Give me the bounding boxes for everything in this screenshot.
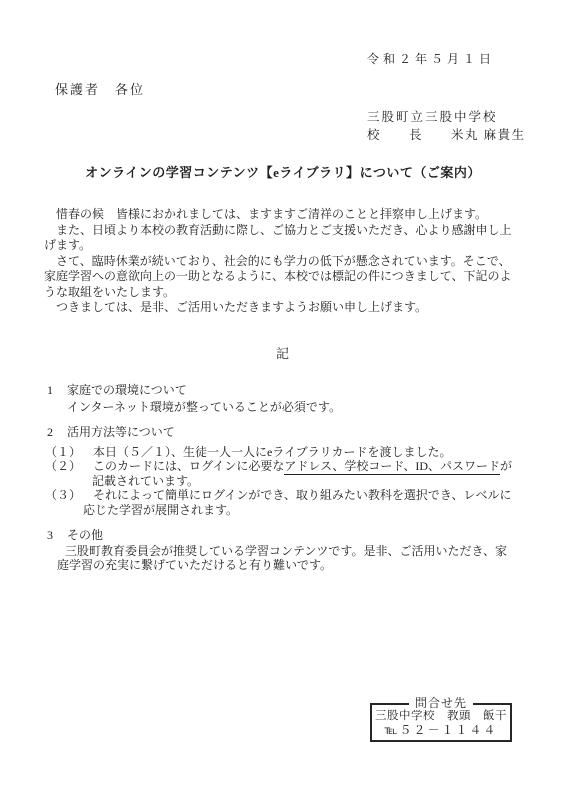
list-item-3-number: （３） — [45, 488, 93, 502]
greeting-paragraphs: 惜春の候 皆様におかれましては、ますますご清祥のことと拝察申し上げます。 また、… — [44, 207, 512, 316]
section-2-number: 2 — [47, 425, 67, 439]
section-3-body-line-1: 三股町教育委員会が推奨している学習コンテンツです。是非、ご活用いただき、家 — [65, 544, 507, 558]
sender-principal: 校 長 米丸 麻貴生 — [367, 125, 526, 143]
contact-box-label: 問合せ先 — [409, 696, 473, 710]
list-item-2-text-pre: このカードには、ログインに必要な — [93, 459, 284, 473]
list-item-3: （３）それによって簡単にログインができ、取り組みたい教科を選択でき、レベルに — [45, 488, 511, 502]
list-item-1: （１）本日（５／１）、生徒一人一人にeライブラリカードを渡しました。 — [45, 445, 452, 459]
greeting-line-2: また、日頃より本校の教育活動に際し、ご協力とご支援いただき、心より感謝申し上 — [44, 223, 512, 239]
section-3-heading-text: その他 — [67, 528, 103, 542]
section-2-heading-text: 活用方法等について — [67, 425, 175, 439]
list-item-1-text: 本日（５／１）、生徒一人一人にeライブラリカードを渡しました。 — [93, 445, 452, 459]
greeting-line-1: 惜春の候 皆様におかれましては、ますますご清祥のことと拝察申し上げます。 — [44, 207, 512, 223]
list-item-2: （２）このカードには、ログインに必要なアドレス、学校コード、ID、パスワードが — [45, 459, 512, 473]
document-title: オンラインの学習コンテンツ【eライブラリ】について（ご案内） — [0, 162, 566, 181]
section-1-heading-text: 家庭での環境について — [67, 383, 187, 397]
list-item-3-text: それによって簡単にログインができ、取り組みたい教科を選択でき、レベルに — [93, 488, 511, 502]
greeting-line-7: つきましては、是非、ご活用いただきますようお願い申し上げます。 — [44, 300, 512, 316]
list-item-2-wrap-line: 記載されています。 — [92, 474, 199, 488]
section-2-heading: 2活用方法等について — [47, 425, 175, 439]
sender-school: 三股町立三股中学校 — [367, 107, 498, 125]
contact-office-line: 三股中学校 教頭 飯干 — [372, 710, 510, 723]
list-item-2-number: （２） — [45, 459, 93, 473]
list-item-1-number: （１） — [45, 445, 93, 459]
list-item-2-credentials-underlined: アドレス、学校コード、ID、パスワード — [284, 459, 500, 475]
greeting-line-3: げます。 — [44, 238, 512, 254]
section-1-body: インターネット環境が整っていることが必須です。 — [67, 400, 341, 414]
greeting-line-5: 家庭学習への意欲向上の一助となるように、本校では標記の件につきまして、下記のよ — [44, 269, 512, 285]
contact-box: 問合せ先 三股中学校 教頭 飯干 ℡５２－１１４４ — [370, 703, 512, 742]
addressee: 保護者 各位 — [55, 79, 145, 98]
greeting-line-6: うな取組をいたします。 — [44, 285, 512, 301]
section-3-number: 3 — [47, 528, 67, 542]
section-3-body-line-2: 庭学習の充実に繋げていただけると有り難いです。 — [57, 558, 332, 572]
scanned-letter-page: 令和２年５月１日 保護者 各位 三股町立三股中学校 校 長 米丸 麻貴生 オンラ… — [0, 0, 566, 800]
section-3-heading: 3その他 — [47, 528, 103, 542]
section-1-heading: 1家庭での環境について — [47, 383, 187, 397]
record-marker: 記 — [0, 343, 566, 362]
section-1-number: 1 — [47, 383, 67, 397]
greeting-line-4: さて、臨時休業が続いており、社会的にも学力の低下が懸念されています。そこで、 — [44, 254, 512, 270]
list-item-3-wrap-line: 応じた学習が展開されます。 — [83, 503, 238, 517]
date-line: 令和２年５月１日 — [367, 50, 495, 67]
contact-phone-number: ℡５２－１１４４ — [372, 723, 510, 737]
list-item-2-text-post: が — [500, 459, 512, 473]
